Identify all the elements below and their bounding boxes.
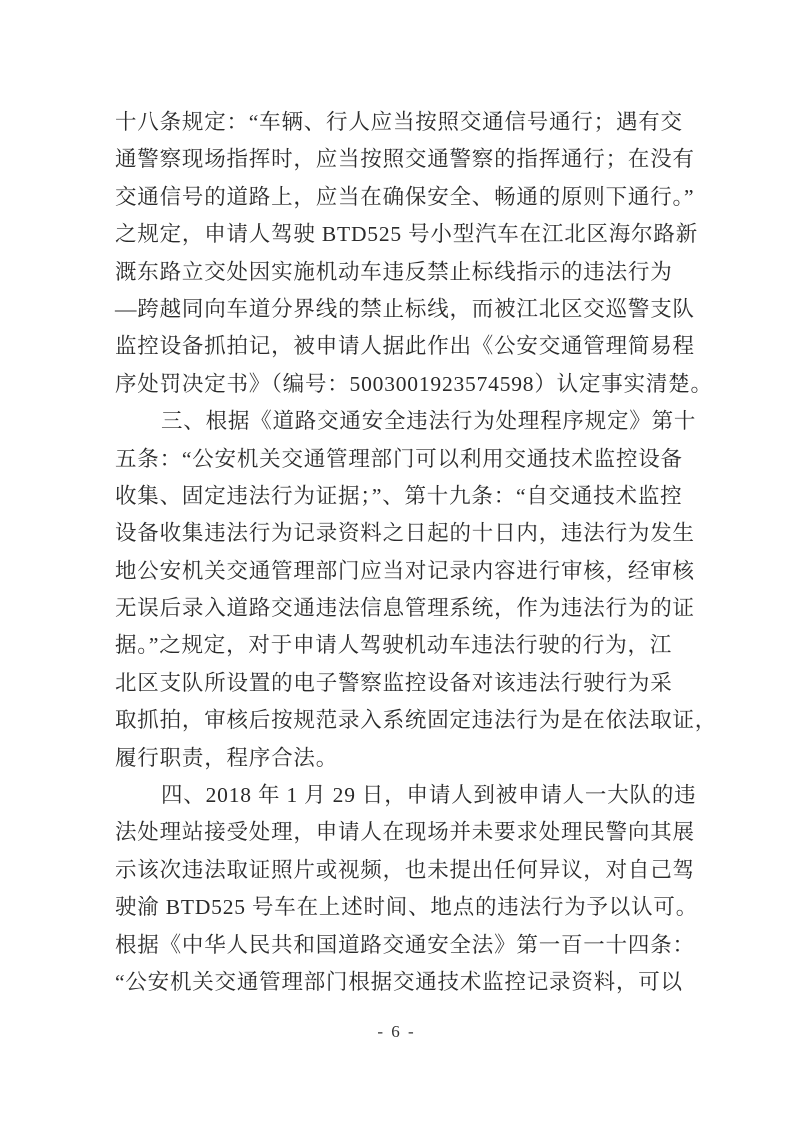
page-number: - 6 - [0, 1022, 793, 1042]
text-line: 法处理站接受处理，申请人在现场并未要求处理民警向其展 [115, 814, 695, 851]
text-line: 根据《中华人民共和国道路交通安全法》第一百一十四条： [115, 927, 695, 964]
text-line: 地公安机关交通管理部门应当对记录内容进行审核，经审核 [115, 553, 695, 590]
text-line: 交通信号的道路上，应当在确保安全、畅通的原则下通行。” [115, 179, 695, 216]
document-page: 十八条规定：“车辆、行人应当按照交通信号通行；遇有交 通警察现场指挥时，应当按照… [0, 0, 793, 1122]
document-body: 十八条规定：“车辆、行人应当按照交通信号通行；遇有交 通警察现场指挥时，应当按照… [115, 104, 695, 1001]
text-line-paragraph-3-start: 三、根据《道路交通安全违法行为处理程序规定》第十 [115, 403, 695, 440]
text-line: “公安机关交通管理部门根据交通技术监控记录资料，可以 [115, 964, 695, 1001]
text-line: 十八条规定：“车辆、行人应当按照交通信号通行；遇有交 [115, 104, 695, 141]
text-line: 北区支队所设置的电子警察监控设备对该违法行驶行为采 [115, 665, 695, 702]
text-line: 监控设备抓拍记，被申请人据此作出《公安交通管理简易程 [115, 328, 695, 365]
text-line: 据。”之规定，对于申请人驾驶机动车违法行驶的行为，江 [115, 627, 695, 664]
text-line: 驶渝 BTD525 号车在上述时间、地点的违法行为予以认可。 [115, 889, 695, 926]
text-line: 通警察现场指挥时，应当按照交通警察的指挥通行；在没有 [115, 141, 695, 178]
text-line: 无误后录入道路交通违法信息管理系统，作为违法行为的证 [115, 590, 695, 627]
text-line: 收集、固定违法行为证据；”、第十九条：“自交通技术监控 [115, 478, 695, 515]
text-line: 之规定，申请人驾驶 BTD525 号小型汽车在江北区海尔路新 [115, 216, 695, 253]
text-line: 示该次违法取证照片或视频，也未提出任何异议，对自己驾 [115, 852, 695, 889]
text-line: 履行职责，程序合法。 [115, 740, 695, 777]
text-line: 五条：“公安机关交通管理部门可以利用交通技术监控设备 [115, 441, 695, 478]
text-line: 设备收集违法行为记录资料之日起的十日内，违法行为发生 [115, 515, 695, 552]
text-line: —跨越同向车道分界线的禁止标线，而被江北区交巡警支队 [115, 291, 695, 328]
text-line: 序处罚决定书》（编号：5003001923574598）认定事实清楚。 [115, 366, 695, 403]
text-line: 溉东路立交处因实施机动车违反禁止标线指示的违法行为 [115, 254, 695, 291]
text-line: 取抓拍，审核后按规范录入系统固定违法行为是在依法取证， [115, 702, 695, 739]
text-line-paragraph-4-start: 四、2018 年 1 月 29 日，申请人到被申请人一大队的违 [115, 777, 695, 814]
